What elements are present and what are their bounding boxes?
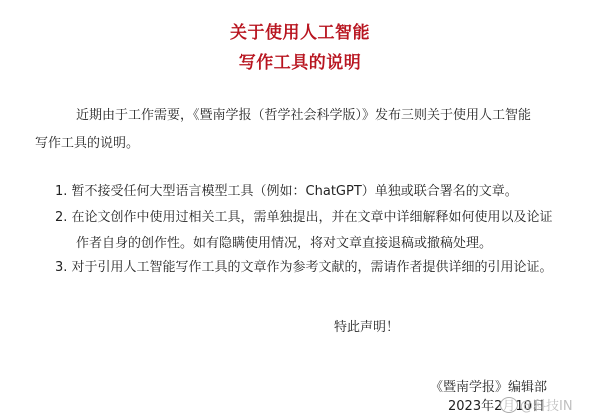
list-item-2: 2. 在论文创作中使用过相关工具，需单独提出，并在文章中详细解释如何使用以及论证	[55, 206, 553, 225]
title-line-2: 写作工具的说明	[0, 48, 600, 73]
list-item-3: 3. 对于引用人工智能写作工具的文章作为参考文献的，需请作者提供详细的引用论证。	[55, 256, 553, 275]
list-item-1: 1. 暂不接受任何大型语言模型工具（例如：ChatGPT）单独或联合署名的文章。	[55, 180, 518, 199]
signature: 《暨南学报》编辑部	[430, 376, 547, 395]
intro-line-2: 写作工具的说明。	[35, 136, 139, 152]
watermark: @科技IN	[500, 395, 573, 414]
title-line-1: 关于使用人工智能	[0, 18, 600, 43]
list-item-2-continuation: 作者自身的创作性。如有隐瞒使用情况，将对文章直接退稿或撤稿处理。	[76, 232, 492, 251]
intro-line-1: 近期由于工作需要，《暨南学报（哲学社会科学版）》发布三则关于使用人工智能	[76, 108, 531, 124]
weibo-logo-icon	[500, 397, 518, 413]
watermark-text: @科技IN	[520, 395, 573, 414]
statement: 特此声明！	[334, 316, 399, 335]
